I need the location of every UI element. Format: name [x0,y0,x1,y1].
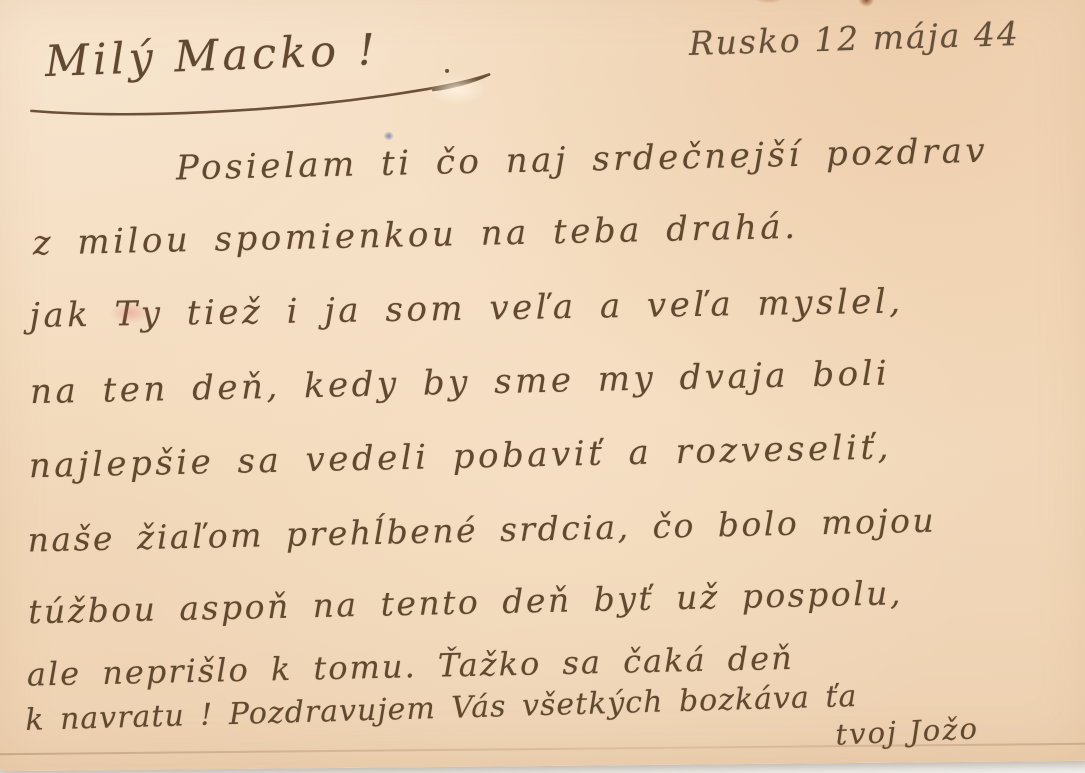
body-line: naše žiaľom prehĺbené srdcia, čo bolo mo… [27,501,936,560]
dateline-text: Rusko 12 mája 44 [688,14,1020,63]
postcard-scan: Milý Macko ! Rusko 12 mája 44 Posielam t… [0,0,1085,773]
body-line: na ten deň, kedy by sme my dvaja boli [30,353,891,412]
body-line: najlepšie sa vedeli pobaviť a rozveseliť… [28,427,892,486]
body-line: z milou spomienkou na teba drahá. [32,207,799,264]
rust-stain [858,0,874,7]
rust-stain [752,0,786,4]
flourish-underline [27,68,497,121]
body-line: Posielam ti čo naj srdečnejší pozdrav [176,131,989,189]
blue-ink-dot [384,131,394,140]
body-line: túžbou aspoň na tento deň byť už pospolu… [28,573,903,631]
body-line: jak Ty tiež i ja som veľa a veľa myslel, [29,281,904,335]
postcard-paper: Milý Macko ! Rusko 12 mája 44 Posielam t… [0,0,1085,771]
